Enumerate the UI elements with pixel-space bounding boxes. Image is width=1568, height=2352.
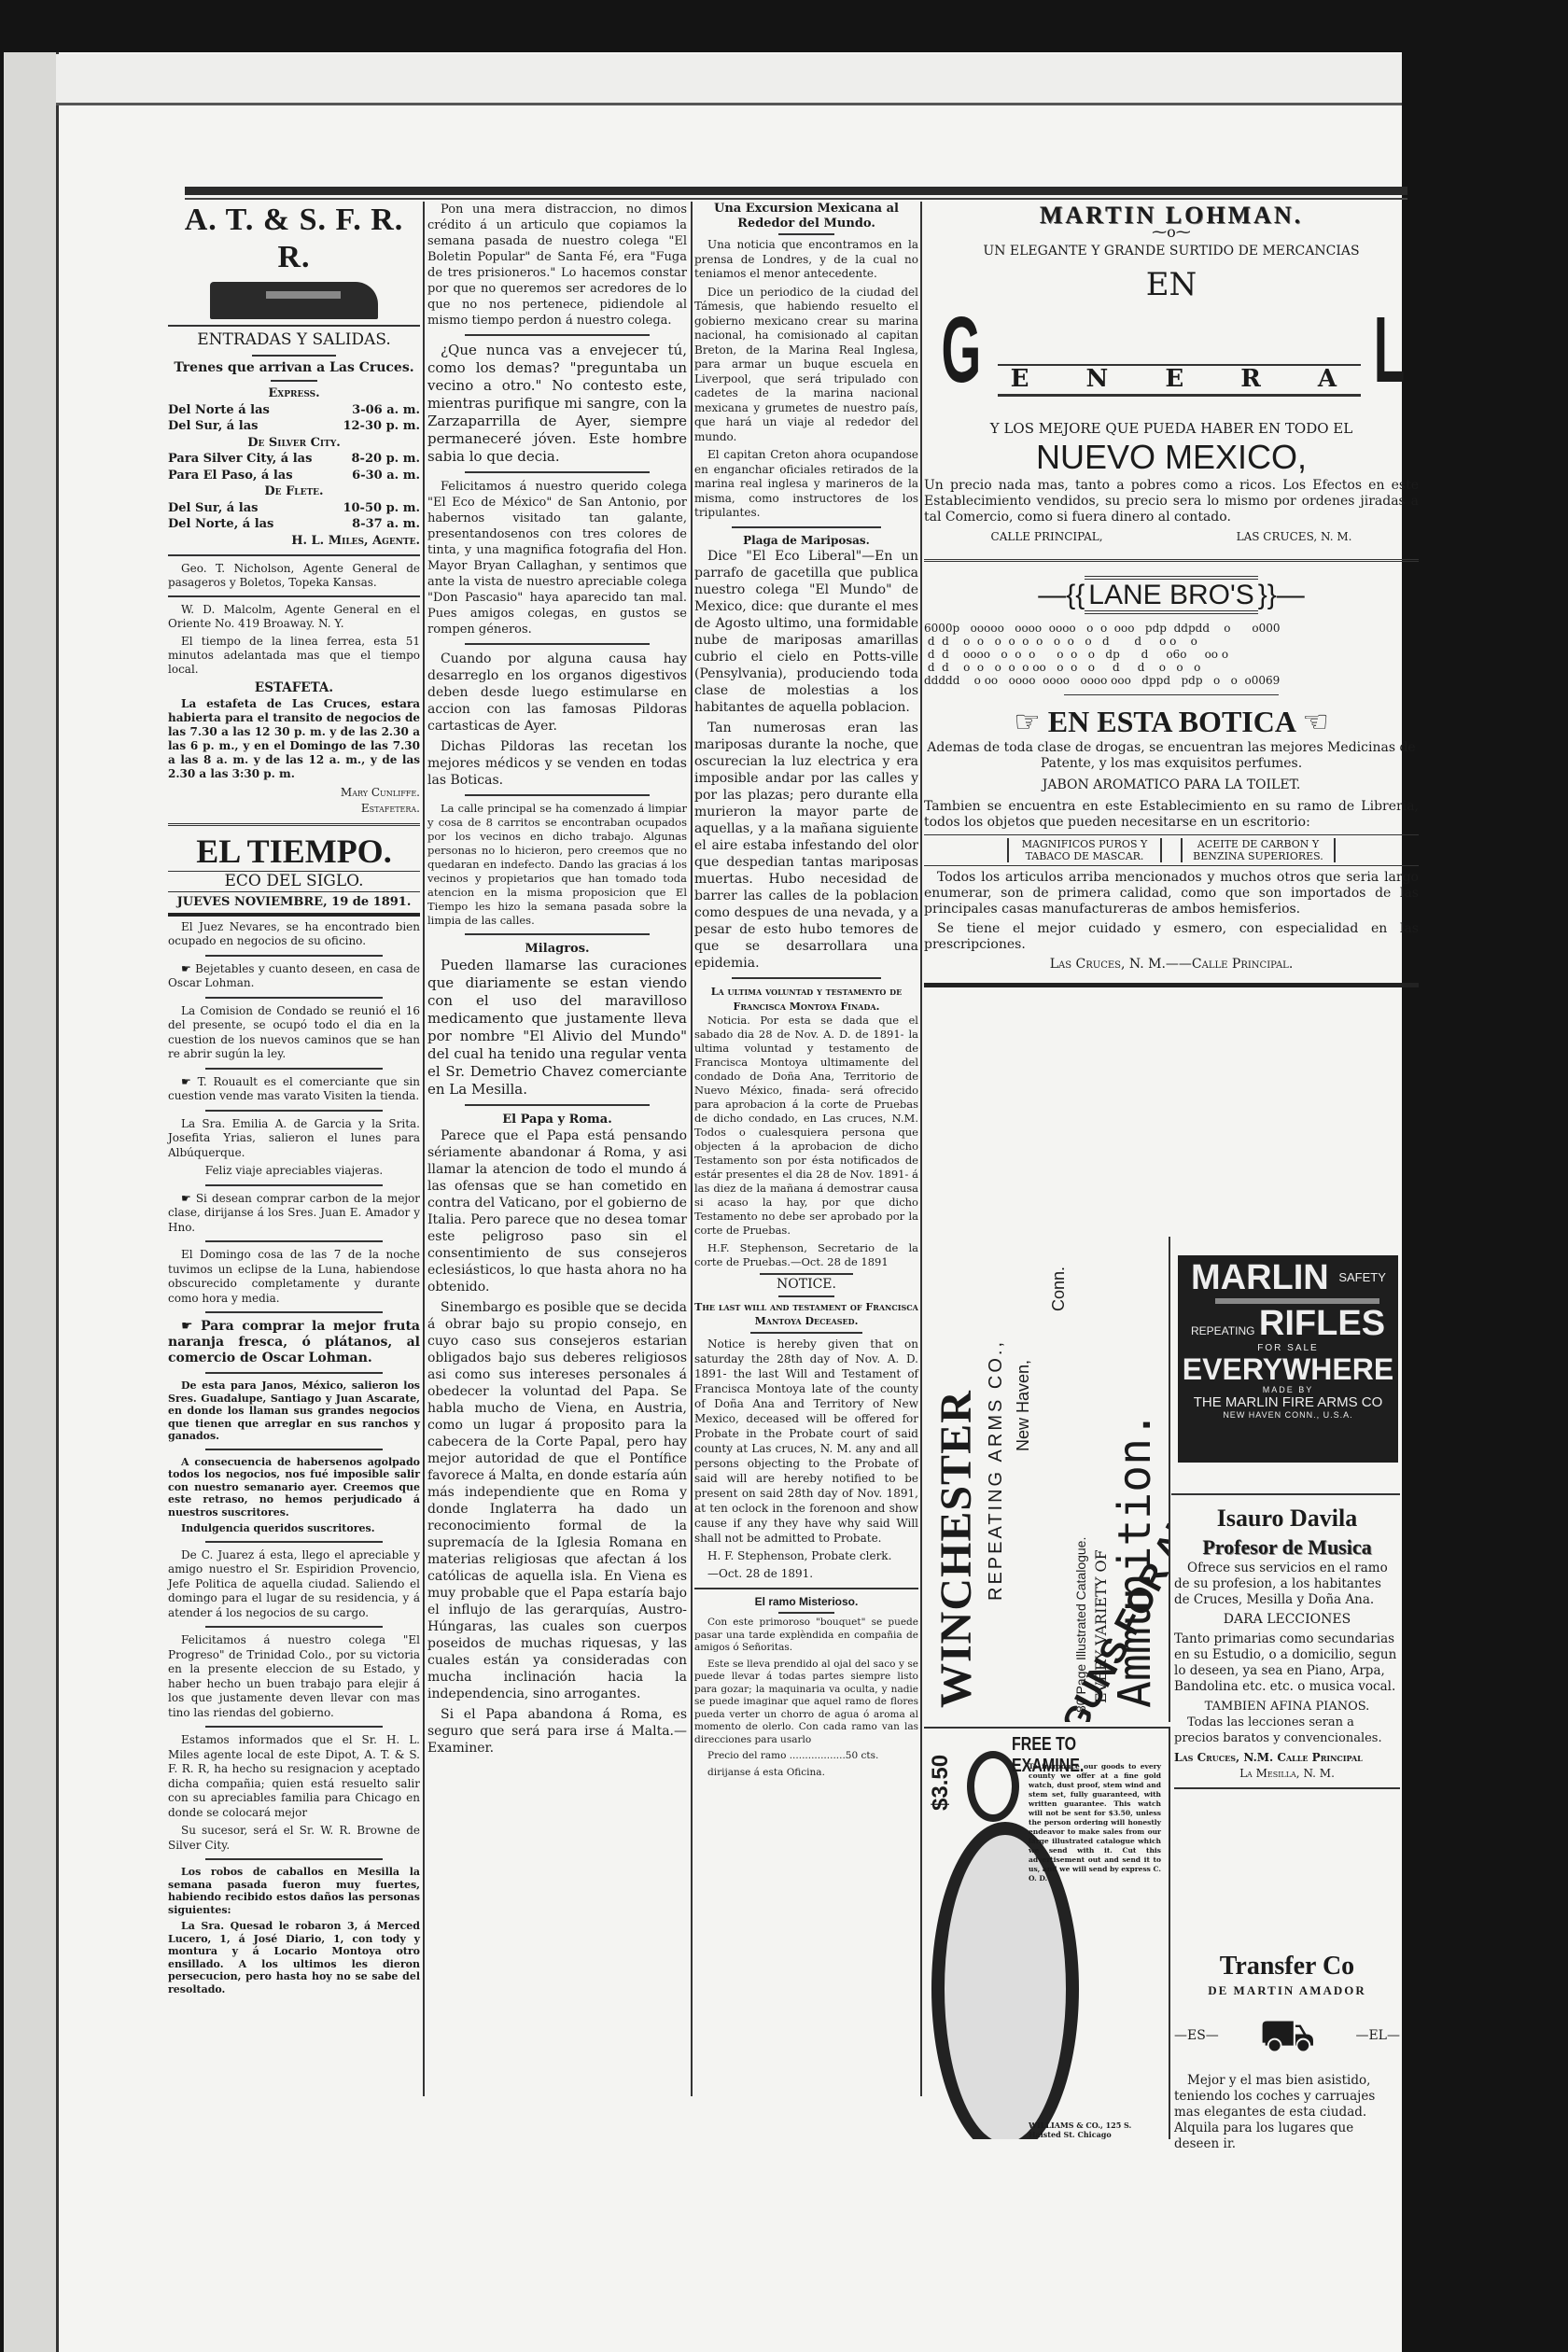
notice-heading: NOTICE. bbox=[694, 1278, 918, 1293]
news-item: De esta para Janos, México, salieron los… bbox=[168, 1379, 420, 1443]
winchester-ad: WINCHESTER REPEATING ARMS CO., New Haven… bbox=[924, 1237, 1170, 1722]
article-papa-3: Si el Papa abandona á Roma, es seguro qu… bbox=[427, 1706, 687, 1757]
winchester-ammunition: Ammunition. bbox=[1109, 1411, 1161, 1708]
news-item: La Comision de Condado se reunió el 16 d… bbox=[168, 1004, 420, 1062]
excursion-para: El capitan Creton ahora ocupandose en en… bbox=[694, 448, 918, 521]
column-4-ads: MARTIN LOHMAN. ⁓o⁓ UN ELEGANTE Y GRANDE … bbox=[924, 202, 1419, 987]
news-item: De C. Juarez á esta, llego el apreciable… bbox=[168, 1548, 420, 1621]
excursion-para: Una noticia que encontramos en la prensa… bbox=[694, 238, 918, 282]
transfer-el: —EL— bbox=[1355, 2028, 1400, 2044]
railroad-title: A. T. & S. F. R. R. bbox=[168, 202, 420, 276]
estafeta-body: La estafeta de Las Cruces, estara habier… bbox=[168, 697, 420, 781]
masthead: EL TIEMPO. bbox=[168, 832, 420, 871]
ramo-para: Con este primoroso "bouquet" se puede pa… bbox=[694, 1617, 918, 1655]
libreria-line: Tambien se encuentra en este Establecimi… bbox=[924, 799, 1419, 831]
page-top-margin bbox=[56, 54, 1402, 105]
winchester-city: New Haven, bbox=[1014, 1360, 1033, 1451]
lohman-title: MARTIN LOHMAN. bbox=[924, 207, 1419, 224]
excursion-para: Dice un periodico de la ciudad del Támes… bbox=[694, 286, 918, 445]
news-item: ☛ T. Rouault es el comerciante que sin c… bbox=[168, 1075, 420, 1104]
timetable-heading: ENTRADAS Y SALIDAS. bbox=[168, 332, 420, 349]
davila-ad: Isauro Davila Profesor de Musica Ofrece … bbox=[1174, 1503, 1400, 1795]
notice-signature: H. F. Stephenson, Probate clerk. bbox=[694, 1549, 918, 1564]
product-boxes: MAGNIFICOS PUROS Y TABACO DE MASCAR. ACE… bbox=[924, 834, 1419, 866]
scan-border bbox=[1402, 0, 1568, 2352]
postmaster-title: Estafetera. bbox=[168, 801, 420, 818]
jabon-line: JABON AROMATICO PARA LA TOILET. bbox=[924, 777, 1419, 794]
article-correction: Pon una mera distraccion, no dimos crédi… bbox=[427, 202, 687, 329]
news-item: A consecuencia de habersenos agolpado to… bbox=[168, 1456, 420, 1519]
silver-city-label: De Silver City. bbox=[168, 435, 420, 452]
timetable-row: Para El Paso, á las6-30 a. m. bbox=[168, 468, 420, 484]
ramo-directions: dirijanse á esta Oficina. bbox=[694, 1767, 918, 1780]
marlin-rifles: RIFLES bbox=[1259, 1304, 1385, 1343]
locomotive-icon bbox=[210, 282, 378, 319]
article-pildoras: Cuando por alguna causa hay desarreglo e… bbox=[427, 651, 687, 735]
carriage-icon: ⛟ bbox=[1259, 2008, 1315, 2064]
timetable-row: Del Norte á las3-06 a. m. bbox=[168, 402, 420, 419]
marlin-madeby: MADE BY bbox=[1178, 1385, 1398, 1394]
article-calle: La calle principal se ha comenzado á lim… bbox=[427, 802, 687, 928]
davila-afina: TAMBIEN AFINA PIANOS. bbox=[1174, 1699, 1400, 1715]
botica-body: Ademas de toda clase de drogas, se encue… bbox=[924, 740, 1419, 772]
marlin-title: MARLIN SAFETY bbox=[1178, 1255, 1398, 1296]
papa-heading: El Papa y Roma. bbox=[427, 1112, 687, 1127]
watch-body: To introduce our goods to every county w… bbox=[1029, 1762, 1161, 1883]
column-divider bbox=[691, 202, 693, 2096]
todos-line: Todos los articulos arriba mencionados y… bbox=[924, 870, 1419, 917]
voluntad-heading: La ultima voluntad y testamento de Franc… bbox=[694, 985, 918, 1014]
lohman-ad: MARTIN LOHMAN. ⁓o⁓ UN ELEGANTE Y GRANDE … bbox=[924, 207, 1419, 562]
winchester-state: Conn. bbox=[1049, 1267, 1069, 1311]
column-divider bbox=[920, 202, 922, 2096]
notice-body: Notice is hereby given that on saturday … bbox=[694, 1337, 918, 1546]
divider bbox=[1171, 1493, 1400, 1495]
notice-date: —Oct. 28 de 1891. bbox=[694, 1567, 918, 1582]
excursion-heading: Una Excursion Mexicana al Rededor del Mu… bbox=[694, 202, 918, 231]
winchester-catalogue: 80 Page Illustrated Catalogue. bbox=[1073, 1537, 1088, 1713]
trains-subheading: Trenes que arrivan a Las Cruces. bbox=[168, 360, 420, 377]
transfer-es: —ES— bbox=[1174, 2028, 1219, 2044]
lohman-address: CALLE PRINCIPAL, LAS CRUCES, N. M. bbox=[924, 529, 1419, 546]
masthead-subtitle: ECO DEL SIGLO. bbox=[168, 871, 420, 893]
column-3: Una Excursion Mexicana al Rededor del Mu… bbox=[694, 202, 918, 1783]
voluntad-signature: H.F. Stephenson, Secretario de la corte … bbox=[694, 1241, 918, 1269]
news-item: La Sra. Quesad le robaron 3, á Merced Lu… bbox=[168, 1920, 420, 1995]
timetable-row: Del Sur, á las12-30 p. m. bbox=[168, 418, 420, 435]
pointing-hand-icon: ☛ bbox=[181, 962, 191, 975]
cuidado-line: Se tiene el mejor cuidado y esmero, con … bbox=[924, 921, 1419, 953]
watch-address: WILLIAMS & CO., 125 S. Halsted St. Chica… bbox=[1029, 2121, 1161, 2139]
news-item: Su sucesor, será el Sr. W. R. Browne de … bbox=[168, 1824, 420, 1853]
article-ayer-ad: ¿Que nunca vas a envejecer tú, como los … bbox=[427, 342, 687, 466]
article-papa-2: Sinembargo es posible que se decida á ob… bbox=[427, 1299, 687, 1702]
ramo-price: Precio del ramo ..................50 cts… bbox=[694, 1750, 918, 1763]
pointing-hand-icon: ☛ bbox=[181, 1075, 191, 1088]
local-news: El Juez Nevares, se ha encontrado bien o… bbox=[168, 920, 420, 1996]
winchester-repeating: REPEATING ARMS CO., bbox=[986, 1339, 1007, 1601]
davila-loc1: Las Cruces, N.M. Calle Principal bbox=[1174, 1750, 1400, 1766]
express-label: Express. bbox=[168, 385, 420, 402]
lane-footer: Las Cruces, N. M.——Calle Principal. bbox=[924, 957, 1419, 973]
davila-todas: Todas las lecciones seran a precios bara… bbox=[1174, 1715, 1400, 1746]
product-box-oil: ACEITE DE CARBON Y BENZINA SUPERIORES. bbox=[1181, 838, 1336, 862]
marlin-ad: MARLIN SAFETY REPEATING RIFLES FOR SALE … bbox=[1178, 1255, 1398, 1463]
transfer-sub: DE MARTIN AMADOR bbox=[1174, 1982, 1400, 1998]
marlin-company: THE MARLIN FIRE ARMS CO bbox=[1178, 1394, 1398, 1410]
davila-ofrece: Ofrece sus servicios en el ramo de su pr… bbox=[1174, 1561, 1400, 1608]
news-item: Los robos de caballos en Mesilla la sema… bbox=[168, 1866, 420, 1916]
column-2: Pon una mera distraccion, no dimos crédi… bbox=[427, 202, 687, 1760]
marlin-location: NEW HAVEN CONN., U.S.A. bbox=[1178, 1410, 1398, 1420]
pointing-hand-icon: ☛ bbox=[181, 1192, 191, 1205]
news-item: El Juez Nevares, se ha encontrado bien o… bbox=[168, 920, 420, 949]
news-item: La Sra. Emilia A. de Garcia y la Srita. … bbox=[168, 1117, 420, 1161]
winchester-title: WINCHESTER bbox=[931, 1390, 982, 1708]
malcolm-notice: W. D. Malcolm, Agente General en el Orie… bbox=[168, 603, 420, 631]
railway-time-note: El tiempo de la linea ferrea, esta 51 mi… bbox=[168, 635, 420, 677]
plaga-para: Dice "El Eco Liberal"—En un parrafo de g… bbox=[694, 548, 918, 716]
timetable-row: Para Silver City, á las8-20 p. m. bbox=[168, 451, 420, 468]
news-item: El Domingo cosa de las 7 de la noche tuv… bbox=[168, 1248, 420, 1306]
ramo-para: Este se lleva prendido al ojal del saco … bbox=[694, 1659, 918, 1747]
notice-subheading: The last will and testament of Francisca… bbox=[694, 1300, 918, 1329]
transfer-ad: Transfer Co DE MARTIN AMADOR —ES— ⛟ —EL—… bbox=[1174, 1951, 1400, 2156]
marlin-everywhere: EVERYWHERE bbox=[1178, 1353, 1398, 1385]
lane-decorative-pattern: 6000p ooooo oooo oooo o o ooo pdp ddpdd … bbox=[924, 622, 1419, 687]
davila-lecciones: DARA LECCIONES bbox=[1174, 1612, 1400, 1628]
page-left-margin bbox=[4, 52, 59, 2352]
postmaster-name: Mary Cunliffe. bbox=[168, 785, 420, 802]
news-item: Feliz viaje apreciables viajeras. bbox=[168, 1164, 420, 1179]
davila-title: Profesor de Musica bbox=[1174, 1534, 1400, 1561]
watch-price: $3.50 bbox=[928, 1755, 954, 1811]
lohman-nuevo-mexico: NUEVO MEXICO, bbox=[924, 437, 1419, 478]
header-rule bbox=[185, 187, 1407, 195]
winchester-variety: EVERY VARIETY OF bbox=[1092, 1549, 1110, 1703]
davila-loc2: La Mesilla, N. M. bbox=[1174, 1766, 1400, 1782]
news-item: Estamos informados que el Sr. H. L. Mile… bbox=[168, 1733, 420, 1820]
davila-name: Isauro Davila bbox=[1174, 1503, 1400, 1534]
timetable-row: Del Sur, á las10-50 p. m. bbox=[168, 500, 420, 517]
freight-label: De Flete. bbox=[168, 483, 420, 500]
milagros-heading: Milagros. bbox=[427, 941, 687, 957]
botica-heading: ☞ EN ESTA BOTICA ☜ bbox=[924, 703, 1419, 740]
article-pildoras-2: Dichas Pildoras las recetan los mejores … bbox=[427, 738, 687, 789]
news-item: ☛ Si desean comprar carbon de la mejor c… bbox=[168, 1192, 420, 1236]
pointing-hand-icon: ☜ bbox=[1302, 704, 1329, 739]
davila-tanto: Tanto primarias como secundarias en su E… bbox=[1174, 1631, 1400, 1695]
transfer-title: Transfer Co bbox=[1174, 1951, 1400, 1982]
lohman-mejores: Y LOS MEJORE QUE PUEDA HABER EN TODO EL bbox=[924, 421, 1419, 438]
header-rule-thin bbox=[185, 198, 1407, 200]
lohman-surtido: UN ELEGANTE Y GRANDE SURTIDO DE MERCANCI… bbox=[924, 244, 1419, 260]
agent-signature: H. L. Miles, Agente. bbox=[168, 533, 420, 550]
article-milagros: Pueden llamarse las curaciones que diari… bbox=[427, 957, 687, 1099]
lohman-general: G E N E R A L bbox=[924, 303, 1419, 397]
ornament-icon: ⁓o⁓ bbox=[924, 224, 1419, 241]
lohman-en: EN bbox=[924, 266, 1419, 303]
pointing-hand-icon: ☞ bbox=[1014, 704, 1041, 739]
voluntad-body: Noticia. Por esta se dada que el sabado … bbox=[694, 1014, 918, 1238]
news-item: ☛ Para comprar la mejor fruta naranja fr… bbox=[168, 1319, 420, 1366]
lane-bros-title: —{{LANE BRO'S}}— bbox=[924, 575, 1419, 616]
train-timetable: Express. Del Norte á las3-06 a. m. Del S… bbox=[168, 385, 420, 549]
column-1: A. T. & S. F. R. R. ENTRADAS Y SALIDAS. … bbox=[168, 202, 420, 1999]
lane-bros-ad: —{{LANE BRO'S}}— 6000p ooooo oooo oooo o… bbox=[924, 575, 1419, 987]
timetable-row: Del Norte, á las8-37 a. m. bbox=[168, 516, 420, 533]
transfer-body: Mejor y el mas bien asistido, teniendo l… bbox=[1174, 2073, 1400, 2152]
product-box-tobacco: MAGNIFICOS PUROS Y TABACO DE MASCAR. bbox=[1007, 838, 1162, 862]
lohman-precio: Un precio nada mas, tanto a pobres como … bbox=[924, 478, 1419, 525]
article-eco-mexico: Felicitamos á nuestro querido colega "El… bbox=[427, 479, 687, 637]
watch-ad: $3.50 FREE TO EXAMINE. To introduce our … bbox=[924, 1727, 1170, 2139]
dateline: JUEVES NOVIEMBRE, 19 de 1891. bbox=[168, 892, 420, 917]
news-item: Indulgencia queridos suscritores. bbox=[168, 1522, 420, 1535]
column-divider bbox=[423, 202, 425, 2096]
plaga-heading: Plaga de Mariposas. bbox=[694, 534, 918, 549]
ramo-heading: El ramo Misterioso. bbox=[694, 1595, 918, 1610]
nicholson-notice: Geo. T. Nicholson, Agente General de pas… bbox=[168, 562, 420, 590]
pointing-hand-icon: ☛ bbox=[181, 1319, 193, 1334]
news-item: ☛ Bejetables y cuanto deseen, en casa de… bbox=[168, 962, 420, 991]
plaga-para: Tan numerosas eran las mariposas durante… bbox=[694, 720, 918, 972]
estafeta-heading: ESTAFETA. bbox=[168, 680, 420, 697]
article-papa: Parece que el Papa está pensando sériame… bbox=[427, 1127, 687, 1295]
news-item: Felicitamos á nuestro colega "El Progres… bbox=[168, 1633, 420, 1720]
